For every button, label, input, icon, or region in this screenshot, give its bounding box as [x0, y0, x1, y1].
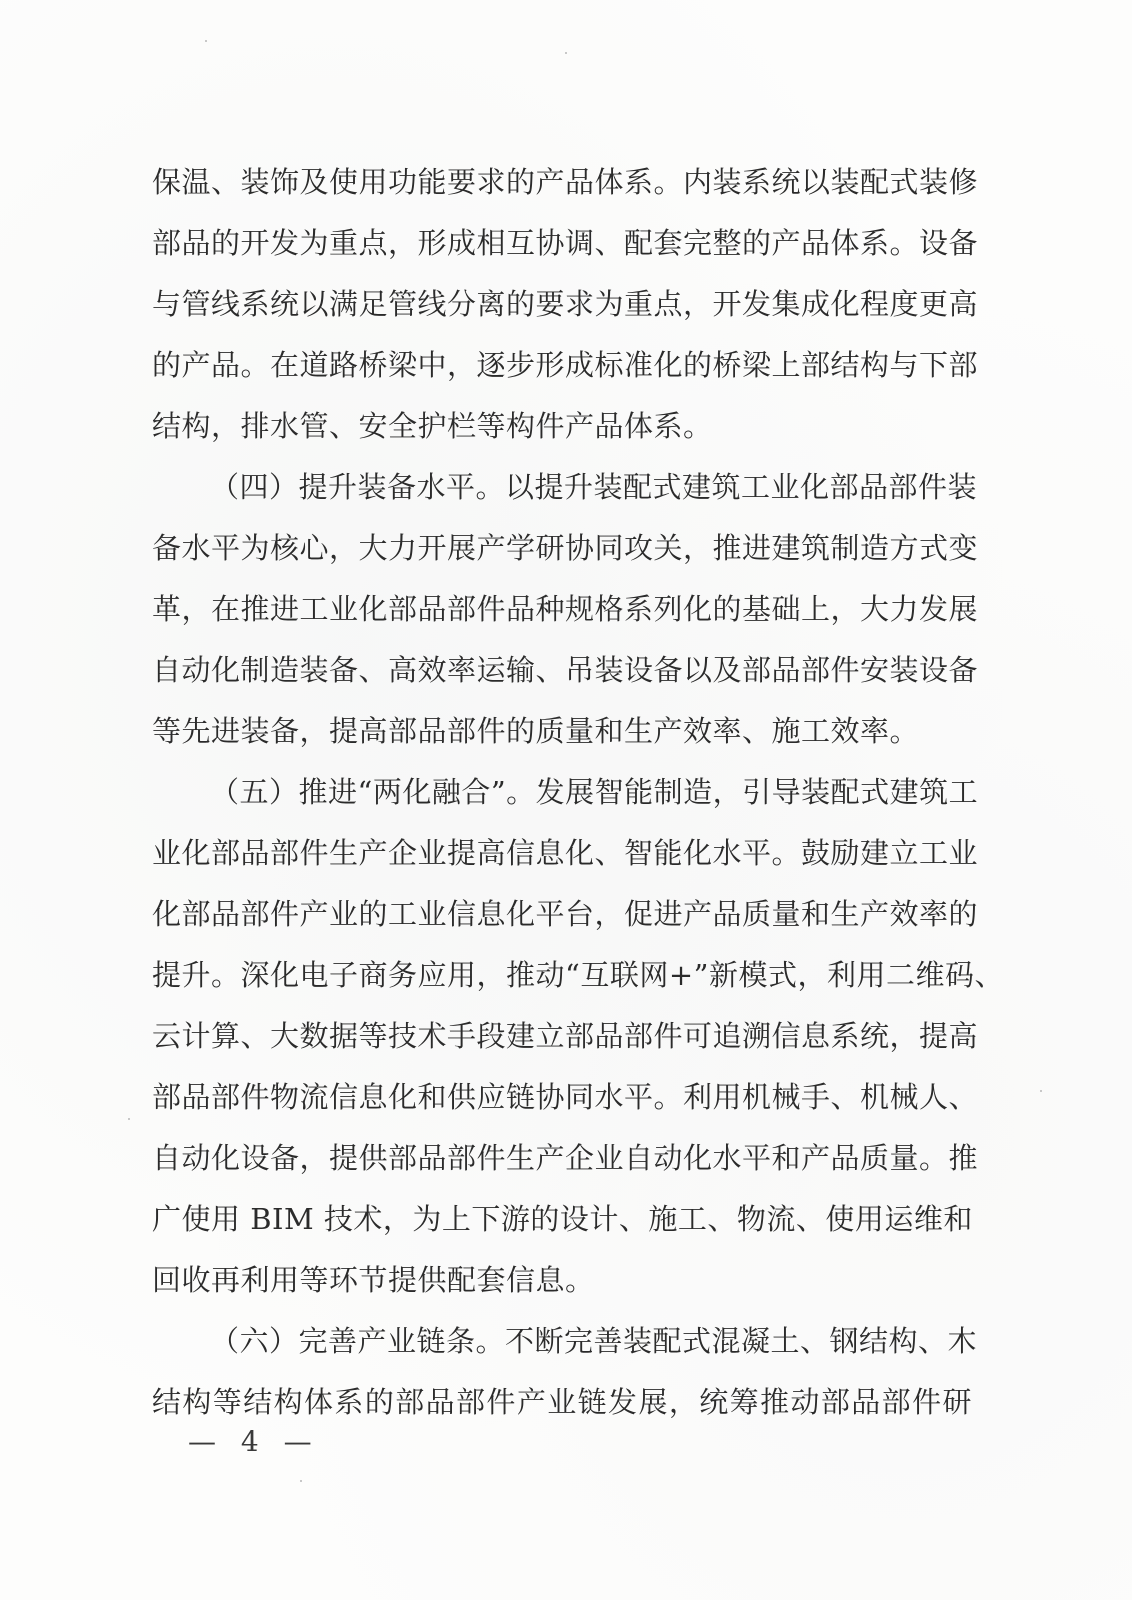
paragraph-continued: 保温、装饰及使用功能要求的产品体系。内装系统以装配式装修 部品的开发为重点，形成…: [152, 152, 972, 457]
document-body: 保温、装饰及使用功能要求的产品体系。内装系统以装配式装修 部品的开发为重点，形成…: [152, 152, 972, 1433]
section-heading-line: （四）提升装备水平。以提升装配式建筑工业化部品部件装: [152, 457, 972, 518]
text-line: 的产品。在道路桥梁中，逐步形成标准化的桥梁上部结构与下部: [152, 335, 972, 396]
paragraph-section-6: （六）完善产业链条。不断完善装配式混凝土、钢结构、木 结构等结构体系的部品部件产…: [152, 1311, 972, 1433]
text-line: 自动化设备，提供部品部件生产企业自动化水平和产品质量。推: [152, 1128, 972, 1189]
scan-speck: [565, 52, 567, 54]
paragraph-section-5: （五）推进“两化融合”。发展智能制造，引导装配式建筑工 业化部品部件生产企业提高…: [152, 762, 972, 1311]
text-line: 结构，排水管、安全护栏等构件产品体系。: [152, 396, 972, 457]
text-line: 革，在推进工业化部品部件品种规格系列化的基础上，大力发展: [152, 579, 972, 640]
text-line: 广使用 BIM 技术，为上下游的设计、施工、物流、使用运维和: [152, 1189, 972, 1250]
text-line: 部品的开发为重点，形成相互协调、配套完整的产品体系。设备: [152, 213, 972, 274]
paragraph-section-4: （四）提升装备水平。以提升装配式建筑工业化部品部件装 备水平为核心，大力开展产学…: [152, 457, 972, 762]
text-line: 部品部件物流信息化和供应链协同水平。利用机械手、机械人、: [152, 1067, 972, 1128]
text-line: 结构等结构体系的部品部件产业链发展，统筹推动部品部件研: [152, 1372, 972, 1433]
scan-speck: [1040, 1090, 1042, 1092]
document-page: 保温、装饰及使用功能要求的产品体系。内装系统以装配式装修 部品的开发为重点，形成…: [0, 0, 1132, 1600]
section-heading-line: （六）完善产业链条。不断完善装配式混凝土、钢结构、木: [152, 1311, 972, 1372]
text-line: 化部品部件产业的工业信息化平台，促进产品质量和生产效率的: [152, 884, 972, 945]
text-line: 业化部品部件生产企业提高信息化、智能化水平。鼓励建立工业: [152, 823, 972, 884]
scan-speck: [205, 40, 207, 42]
text-line: 备水平为核心，大力开展产学研协同攻关，推进建筑制造方式变: [152, 518, 972, 579]
text-line: 等先进装备，提高部品部件的质量和生产效率、施工效率。: [152, 701, 972, 762]
text-line: 保温、装饰及使用功能要求的产品体系。内装系统以装配式装修: [152, 152, 972, 213]
text-line: 自动化制造装备、高效率运输、吊装设备以及部品部件安装设备: [152, 640, 972, 701]
section-heading-line: （五）推进“两化融合”。发展智能制造，引导装配式建筑工: [152, 762, 972, 823]
text-line: 提升。深化电子商务应用，推动“互联网+”新模式，利用二维码、: [152, 945, 972, 1006]
text-line: 回收再利用等环节提供配套信息。: [152, 1250, 972, 1311]
text-line: 云计算、大数据等技术手段建立部品部件可追溯信息系统，提高: [152, 1006, 972, 1067]
text-line: 与管线系统以满足管线分离的要求为重点，开发集成化程度更高: [152, 274, 972, 335]
scan-speck: [128, 1118, 130, 1120]
scan-speck: [300, 1480, 302, 1482]
page-number: — 4 —: [188, 1425, 320, 1458]
